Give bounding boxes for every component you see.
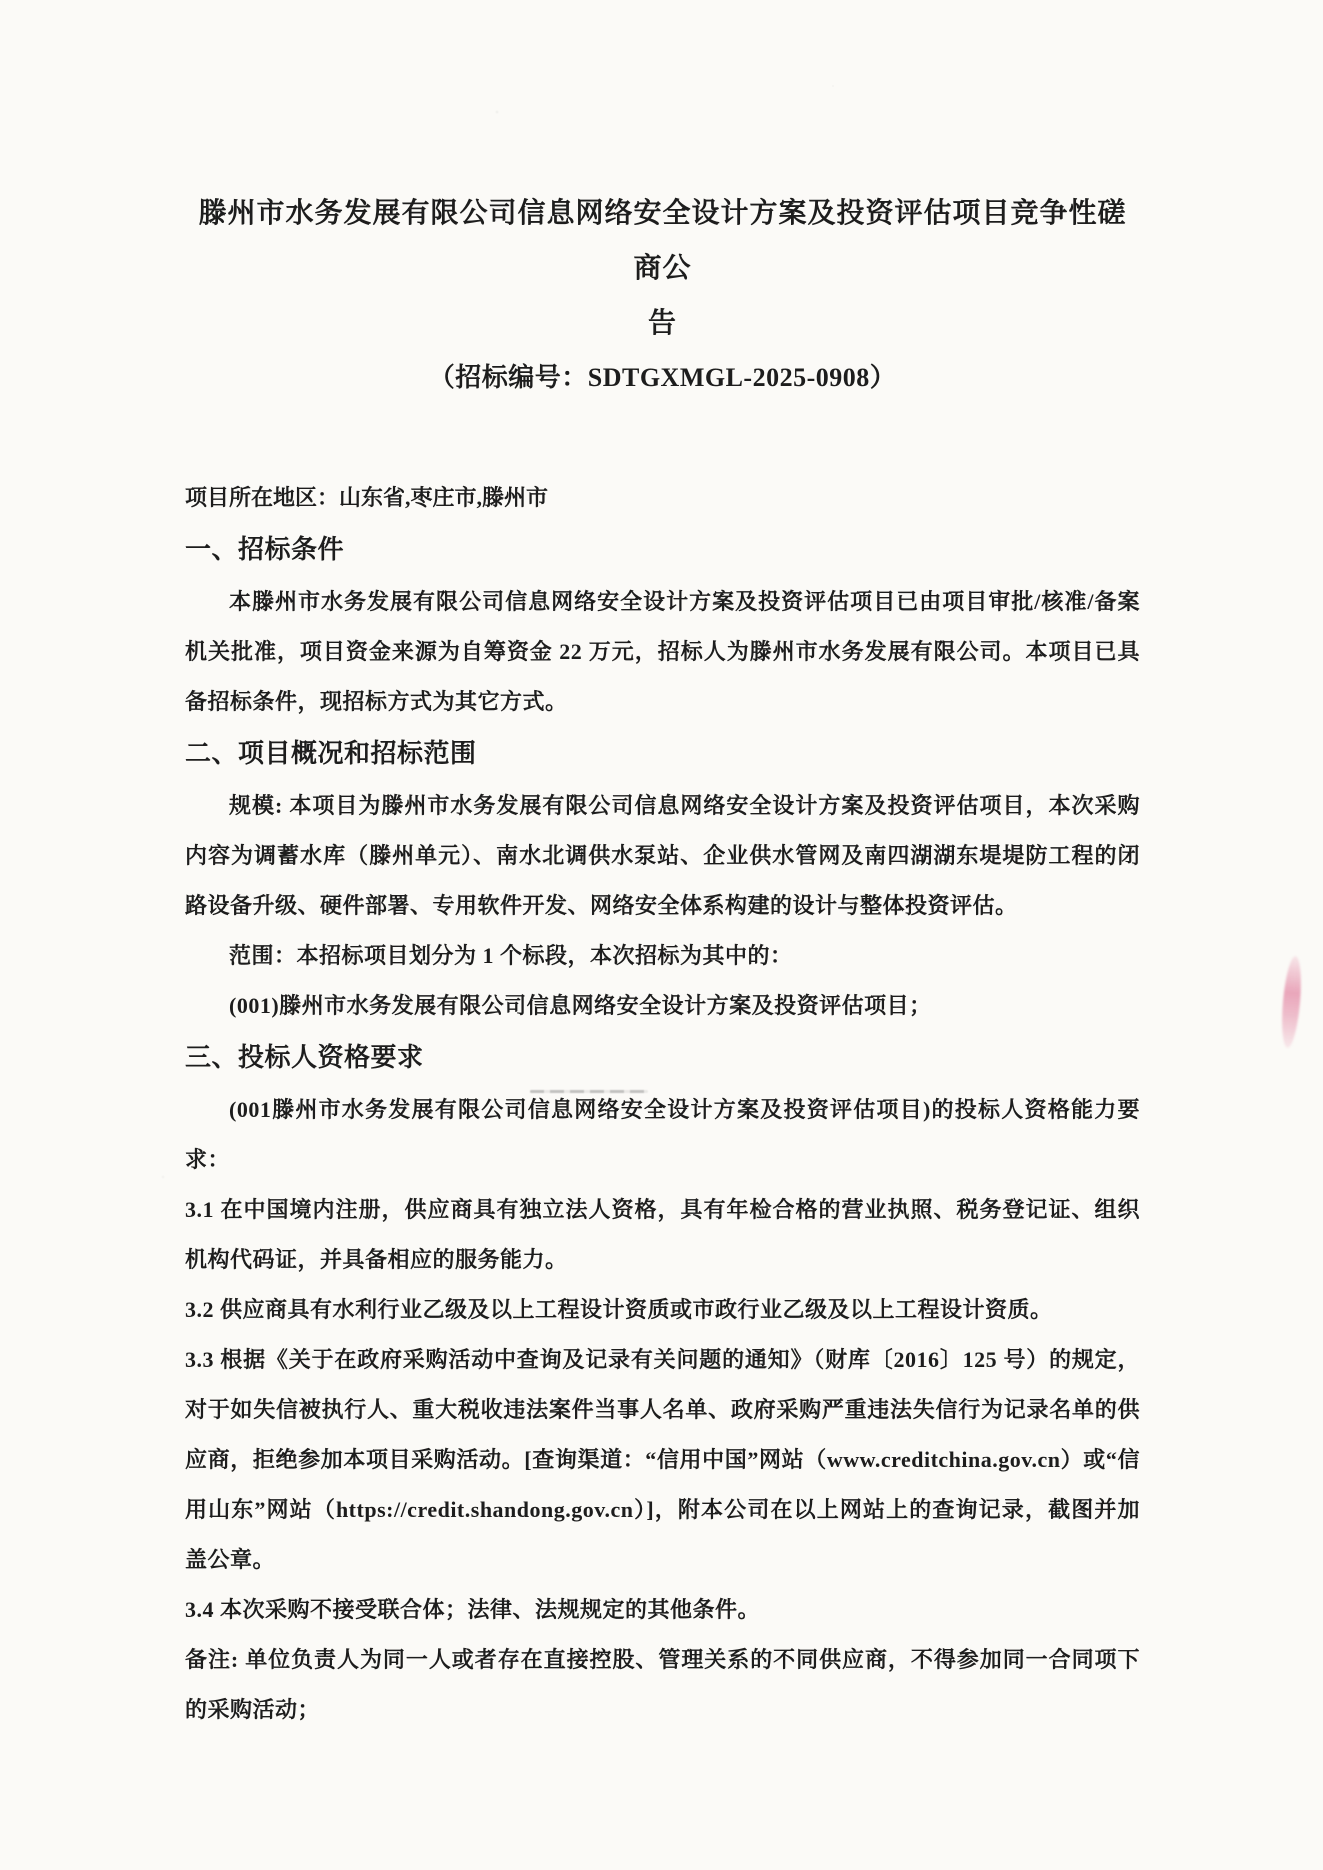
pink-stain-mark — [1279, 955, 1304, 1048]
document-content: 滕州市水务发展有限公司信息网络安全设计方案及投资评估项目竞争性磋商公 告 （招标… — [185, 0, 1140, 1735]
section2-scale-paragraph: 规模: 本项目为滕州市水务发展有限公司信息网络安全设计方案及投资评估项目，本次采… — [185, 781, 1140, 931]
section-heading-1: 一、招标条件 — [185, 523, 1140, 577]
document-title-line-1: 滕州市水务发展有限公司信息网络安全设计方案及投资评估项目竞争性磋商公 — [185, 186, 1140, 296]
section3-intro-paragraph: (001滕州市水务发展有限公司信息网络安全设计方案及投资评估项目)的投标人资格能… — [185, 1085, 1140, 1185]
clause-3-4: 3.4 本次采购不接受联合体；法律、法规规定的其他条件。 — [185, 1585, 1140, 1635]
section1-paragraph: 本滕州市水务发展有限公司信息网络安全设计方案及投资评估项目已由项目审批/核准/备… — [185, 577, 1140, 727]
clause-3-1: 3.1 在中国境内注册，供应商具有独立法人资格，具有年检合格的营业执照、税务登记… — [185, 1185, 1140, 1285]
scan-smudge-line — [530, 1090, 648, 1093]
document-title: 滕州市水务发展有限公司信息网络安全设计方案及投资评估项目竞争性磋商公 告 — [185, 186, 1140, 351]
document-page: 滕州市水务发展有限公司信息网络安全设计方案及投资评估项目竞争性磋商公 告 （招标… — [0, 0, 1323, 1870]
section-heading-2: 二、项目概况和招标范围 — [185, 727, 1140, 781]
project-location: 项目所在地区：山东省,枣庄市,滕州市 — [185, 473, 1140, 523]
title-block: 滕州市水务发展有限公司信息网络安全设计方案及投资评估项目竞争性磋商公 告 （招标… — [185, 0, 1140, 403]
clause-3-2: 3.2 供应商具有水利行业乙级及以上工程设计资质或市政行业乙级及以上工程设计资质… — [185, 1285, 1140, 1335]
section2-scope-paragraph: 范围：本招标项目划分为 1 个标段，本次招标为其中的： — [185, 931, 1140, 981]
clause-3-3: 3.3 根据《关于在政府采购活动中查询及记录有关问题的通知》（财库〔2016〕1… — [185, 1335, 1140, 1585]
section-heading-3: 三、投标人资格要求 — [185, 1031, 1140, 1085]
remark-paragraph: 备注: 单位负责人为同一人或者存在直接控股、管理关系的不同供应商，不得参加同一合… — [185, 1635, 1140, 1735]
document-title-line-2: 告 — [185, 296, 1140, 351]
section2-lot-paragraph: (001)滕州市水务发展有限公司信息网络安全设计方案及投资评估项目； — [185, 981, 1140, 1031]
bid-number: （招标编号：SDTGXMGL-2025-0908） — [185, 353, 1140, 403]
